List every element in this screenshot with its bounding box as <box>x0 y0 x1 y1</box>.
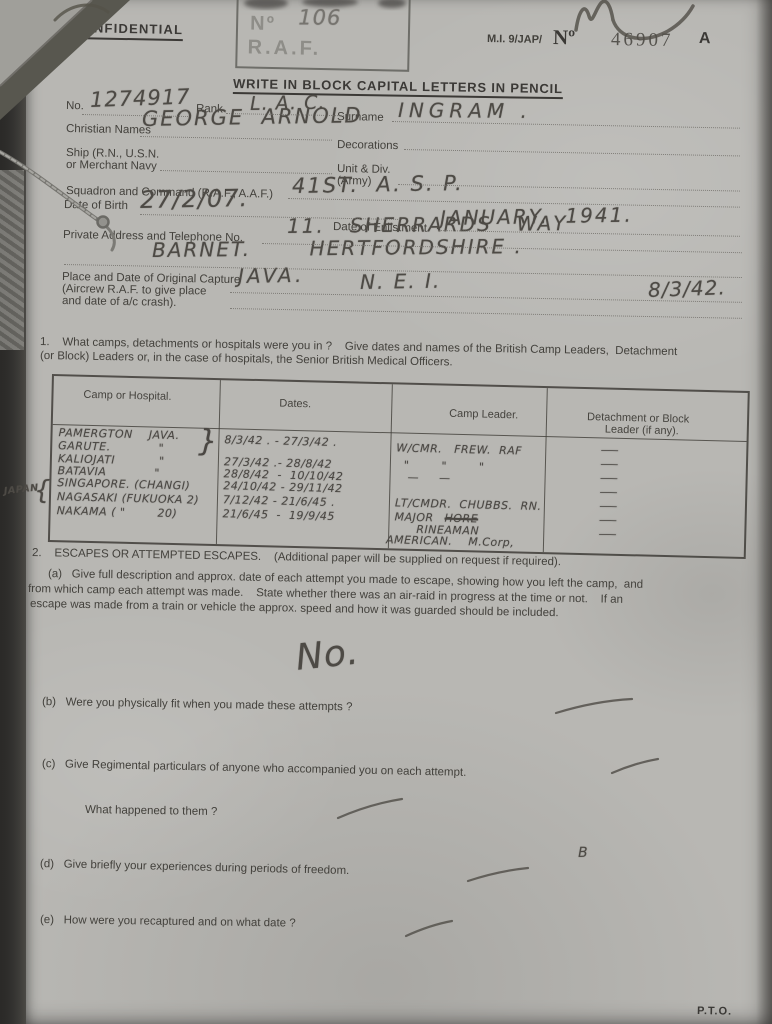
stamp-org-label: R.A.F. <box>247 36 321 61</box>
christian-names-label: Christian Names <box>66 123 151 136</box>
col-header-dates: Dates. <box>279 398 311 411</box>
col-header-leader: Camp Leader. <box>449 408 518 422</box>
table-row-leader: — — <box>407 471 450 485</box>
question-b: (b) Were you physically fit when you mad… <box>42 696 353 713</box>
date-of-birth-value: 27/2/07. <box>140 184 249 214</box>
ship-label-line2: or Merchant Navy <box>66 159 157 173</box>
table-row-detachment: — <box>600 443 620 456</box>
dotted-line <box>160 170 332 174</box>
table-row-detachment: — <box>600 457 620 470</box>
decorations-label: Decorations <box>337 139 399 152</box>
stamp-no-label: Nº <box>250 12 276 36</box>
dotted-line <box>404 149 740 156</box>
pto-label: P.T.O. <box>697 1005 732 1018</box>
raf-receipt-stamp: Nº 106 R.A.F. <box>235 0 411 72</box>
service-no-label: No. <box>66 100 84 112</box>
table-row-detachment: — <box>599 499 619 512</box>
table-column-divider <box>216 380 221 544</box>
table-row-detachment: — <box>599 471 619 484</box>
dotted-line <box>392 121 740 129</box>
group-brace: } <box>198 424 218 459</box>
capture-label-line3: and date of a/c crash). <box>62 295 177 309</box>
table-row-dates: 7/12/42 - 21/6/45 . <box>223 493 336 509</box>
table-row-dates: 21/6/45 - 19/9/45 <box>222 507 335 523</box>
capture-region-value: N. E. I. <box>360 269 442 294</box>
capture-date-value: 8/3/42. <box>648 275 727 302</box>
christian-names-value: GEORGE ARNOLD <box>142 103 363 131</box>
answer-no-handwritten: No. <box>294 631 361 678</box>
table-row-leader: W/CMR. FREW. RAF <box>396 441 522 457</box>
surname-value: INGRAM . <box>398 98 532 123</box>
table-column-divider <box>543 388 548 552</box>
table-row-detachment: — <box>598 513 618 526</box>
confidential-label: CONFIDENTIAL <box>72 20 184 41</box>
mi9-no-label: Nº <box>553 25 576 50</box>
table-row-camp: NAKAMA ( " 20) <box>57 504 178 520</box>
stray-pencil-mark: B <box>578 845 589 861</box>
table-row-dates: 8/3/42 . - 27/3/42 . <box>224 433 337 449</box>
table-column-divider <box>388 384 393 548</box>
dotted-line <box>140 136 332 141</box>
question-c: (c) Give Regimental particulars of anyon… <box>42 758 467 779</box>
col-header-detachment-line2: Leader (if any). <box>605 424 679 438</box>
table-row-detachment: — <box>598 527 618 540</box>
question-d: (d) Give briefly your experiences during… <box>40 858 350 877</box>
stamp-no-value: 106 <box>298 5 341 29</box>
address-value-line2: BARNET. HERTFORDSHIRE . <box>152 234 523 262</box>
table-row-detachment: — <box>599 485 619 498</box>
date-of-birth-label: Date of Birth <box>64 199 128 212</box>
camps-table: Camp or Hospital. Dates. Camp Leader. De… <box>48 374 750 559</box>
address-value-line1: 11. SHERRARDS WAY <box>287 211 568 238</box>
mi9-suffix-letter: A <box>699 30 711 48</box>
mi9-number: 46907 <box>611 29 674 52</box>
dotted-line <box>230 308 742 319</box>
question-e: (e) How were you recaptured and on what … <box>40 914 296 930</box>
mi9-reference-prefix: M.I. 9/JAP/ <box>487 33 542 46</box>
question-c-followup: What happened to them ? <box>85 804 218 818</box>
scanned-pow-form: CONFIDENTIAL Nº 106 R.A.F. M.I. 9/JAP/ N… <box>0 0 772 1024</box>
col-header-camp: Camp or Hospital. <box>83 389 171 403</box>
table-row-leader-line3: AMERICAN. M.Corp, <box>386 533 514 549</box>
